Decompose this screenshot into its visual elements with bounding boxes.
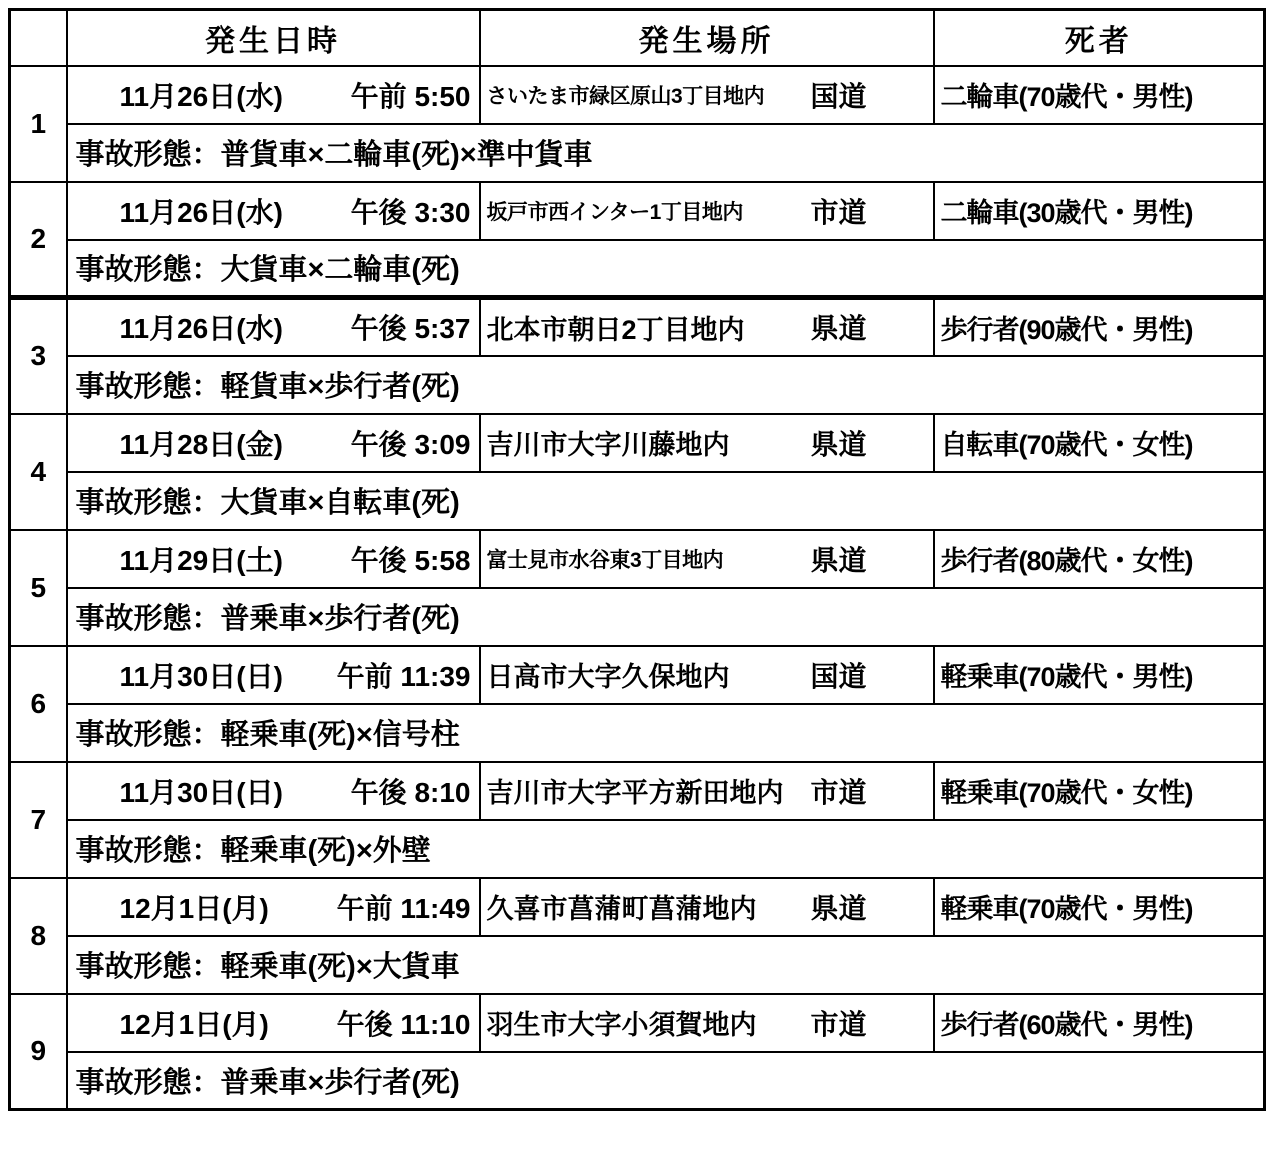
- cell-victim: 軽乗車(70歳代・女性): [934, 762, 1265, 820]
- table-row: 6 11月30日(日) 午前 11:39 日高市大字久保地内 国道 軽乗車(70…: [10, 646, 1265, 704]
- table-row: 3 11月26日(水) 午後 5:37 北本市朝日2丁目地内 県道 歩行者(90…: [10, 298, 1265, 356]
- cell-accident-type: 事故形態：軽貨車×歩行者(死): [67, 356, 1265, 414]
- row-number: 7: [10, 762, 67, 878]
- table-row-accident: 事故形態：軽乗車(死)×外壁: [10, 820, 1265, 878]
- cell-location: 坂戸市西インター1丁目地内 市道: [480, 182, 934, 240]
- time-text: 午前 5:50: [351, 75, 471, 115]
- cell-location: さいたま市緑区原山3丁目地内 国道: [480, 66, 934, 124]
- date-text: 11月26日(水): [120, 75, 283, 115]
- cell-victim: 歩行者(80歳代・女性): [934, 530, 1265, 588]
- place-text: 羽生市大字小須賀地内: [487, 1003, 757, 1042]
- cell-accident-type: 事故形態：普乗車×歩行者(死): [67, 588, 1265, 646]
- cell-victim: 歩行者(90歳代・男性): [934, 298, 1265, 356]
- cell-datetime: 12月1日(月) 午後 11:10: [67, 994, 480, 1052]
- place-text: 日高市大字久保地内: [487, 655, 730, 694]
- cell-location: 富士見市水谷東3丁目地内 県道: [480, 530, 934, 588]
- place-text: 富士見市水谷東3丁目地内: [487, 544, 724, 574]
- header-row: 発生日時 発生場所 死者: [10, 10, 1265, 66]
- cell-datetime: 12月1日(月) 午前 11:49: [67, 878, 480, 936]
- header-location: 発生場所: [480, 10, 934, 66]
- place-text: 吉川市大字川藤地内: [487, 423, 730, 462]
- date-text: 11月26日(水): [120, 307, 283, 347]
- road-type-text: 市道: [810, 191, 866, 231]
- accident-report-page: 発生日時 発生場所 死者 1 11月26日(水) 午前 5:50 さいたま市緑区…: [0, 0, 1272, 1161]
- place-text: 吉川市大字平方新田地内: [487, 771, 784, 810]
- cell-datetime: 11月29日(土) 午後 5:58: [67, 530, 480, 588]
- time-text: 午後 5:58: [351, 539, 471, 579]
- cell-datetime: 11月28日(金) 午後 3:09: [67, 414, 480, 472]
- cell-accident-type: 事故形態：大貨車×自転車(死): [67, 472, 1265, 530]
- place-text: 久喜市菖蒲町菖蒲地内: [487, 887, 757, 926]
- table-row-accident: 事故形態：軽乗車(死)×大貨車: [10, 936, 1265, 994]
- header-victim: 死者: [934, 10, 1265, 66]
- time-text: 午後 3:09: [351, 423, 471, 463]
- road-type-text: 国道: [810, 655, 866, 695]
- road-type-text: 国道: [810, 75, 866, 115]
- cell-victim: 軽乗車(70歳代・男性): [934, 878, 1265, 936]
- road-type-text: 市道: [810, 1003, 866, 1043]
- road-type-text: 県道: [810, 423, 866, 463]
- cell-datetime: 11月30日(日) 午後 8:10: [67, 762, 480, 820]
- date-text: 11月30日(日): [120, 771, 283, 811]
- table-row: 1 11月26日(水) 午前 5:50 さいたま市緑区原山3丁目地内 国道 二輪…: [10, 66, 1265, 124]
- road-type-text: 市道: [810, 771, 866, 811]
- cell-location: 北本市朝日2丁目地内 県道: [480, 298, 934, 356]
- row-number: 4: [10, 414, 67, 530]
- cell-datetime: 11月26日(水) 午後 5:37: [67, 298, 480, 356]
- table-row-accident: 事故形態：軽乗車(死)×信号柱: [10, 704, 1265, 762]
- time-text: 午後 11:10: [337, 1003, 471, 1043]
- cell-accident-type: 事故形態：軽乗車(死)×信号柱: [67, 704, 1265, 762]
- time-text: 午後 8:10: [351, 771, 471, 811]
- road-type-text: 県道: [810, 307, 866, 347]
- road-type-text: 県道: [810, 887, 866, 927]
- cell-accident-type: 事故形態：普乗車×歩行者(死): [67, 1052, 1265, 1110]
- time-text: 午後 5:37: [351, 307, 471, 347]
- date-text: 11月29日(土): [120, 539, 283, 579]
- cell-victim: 歩行者(60歳代・男性): [934, 994, 1265, 1052]
- place-text: 北本市朝日2丁目地内: [487, 308, 745, 347]
- table-row: 4 11月28日(金) 午後 3:09 吉川市大字川藤地内 県道 自転車(70歳…: [10, 414, 1265, 472]
- date-text: 11月30日(日): [120, 655, 283, 695]
- time-text: 午前 11:39: [337, 655, 471, 695]
- header-no: [10, 10, 67, 66]
- table-row: 8 12月1日(月) 午前 11:49 久喜市菖蒲町菖蒲地内 県道 軽乗車(70…: [10, 878, 1265, 936]
- time-text: 午後 3:30: [351, 191, 471, 231]
- cell-victim: 二輪車(30歳代・男性): [934, 182, 1265, 240]
- cell-datetime: 11月26日(水) 午前 5:50: [67, 66, 480, 124]
- cell-victim: 二輪車(70歳代・男性): [934, 66, 1265, 124]
- table-row: 2 11月26日(水) 午後 3:30 坂戸市西インター1丁目地内 市道 二輪車…: [10, 182, 1265, 240]
- cell-accident-type: 事故形態：大貨車×二輪車(死): [67, 240, 1265, 298]
- cell-accident-type: 事故形態：軽乗車(死)×外壁: [67, 820, 1265, 878]
- cell-location: 吉川市大字平方新田地内 市道: [480, 762, 934, 820]
- row-number: 2: [10, 182, 67, 298]
- time-text: 午前 11:49: [337, 887, 471, 927]
- place-text: さいたま市緑区原山3丁目地内: [487, 80, 765, 110]
- table-row-accident: 事故形態：大貨車×二輪車(死): [10, 240, 1265, 298]
- place-text: 坂戸市西インター1丁目地内: [487, 196, 743, 226]
- date-text: 11月28日(金): [120, 423, 283, 463]
- cell-accident-type: 事故形態：普貨車×二輪車(死)×準中貨車: [67, 124, 1265, 182]
- table-row-accident: 事故形態：普乗車×歩行者(死): [10, 588, 1265, 646]
- table-row-accident: 事故形態：軽貨車×歩行者(死): [10, 356, 1265, 414]
- row-number: 3: [10, 298, 67, 414]
- table-row: 7 11月30日(日) 午後 8:10 吉川市大字平方新田地内 市道 軽乗車(7…: [10, 762, 1265, 820]
- cell-datetime: 11月30日(日) 午前 11:39: [67, 646, 480, 704]
- cell-datetime: 11月26日(水) 午後 3:30: [67, 182, 480, 240]
- table-row-accident: 事故形態：普乗車×歩行者(死): [10, 1052, 1265, 1110]
- table-row-accident: 事故形態：大貨車×自転車(死): [10, 472, 1265, 530]
- date-text: 12月1日(月): [120, 887, 269, 927]
- road-type-text: 県道: [810, 539, 866, 579]
- table-row: 9 12月1日(月) 午後 11:10 羽生市大字小須賀地内 市道 歩行者(60…: [10, 994, 1265, 1052]
- date-text: 12月1日(月): [120, 1003, 269, 1043]
- cell-location: 羽生市大字小須賀地内 市道: [480, 994, 934, 1052]
- row-number: 8: [10, 878, 67, 994]
- cell-victim: 自転車(70歳代・女性): [934, 414, 1265, 472]
- cell-location: 日高市大字久保地内 国道: [480, 646, 934, 704]
- date-text: 11月26日(水): [120, 191, 283, 231]
- table-row: 5 11月29日(土) 午後 5:58 富士見市水谷東3丁目地内 県道 歩行者(…: [10, 530, 1265, 588]
- table-row-accident: 事故形態：普貨車×二輪車(死)×準中貨車: [10, 124, 1265, 182]
- row-number: 1: [10, 66, 67, 182]
- row-number: 9: [10, 994, 67, 1110]
- row-number: 6: [10, 646, 67, 762]
- cell-location: 吉川市大字川藤地内 県道: [480, 414, 934, 472]
- header-datetime: 発生日時: [67, 10, 480, 66]
- fatal-accident-table: 発生日時 発生場所 死者 1 11月26日(水) 午前 5:50 さいたま市緑区…: [8, 8, 1266, 1111]
- cell-accident-type: 事故形態：軽乗車(死)×大貨車: [67, 936, 1265, 994]
- cell-victim: 軽乗車(70歳代・男性): [934, 646, 1265, 704]
- row-number: 5: [10, 530, 67, 646]
- cell-location: 久喜市菖蒲町菖蒲地内 県道: [480, 878, 934, 936]
